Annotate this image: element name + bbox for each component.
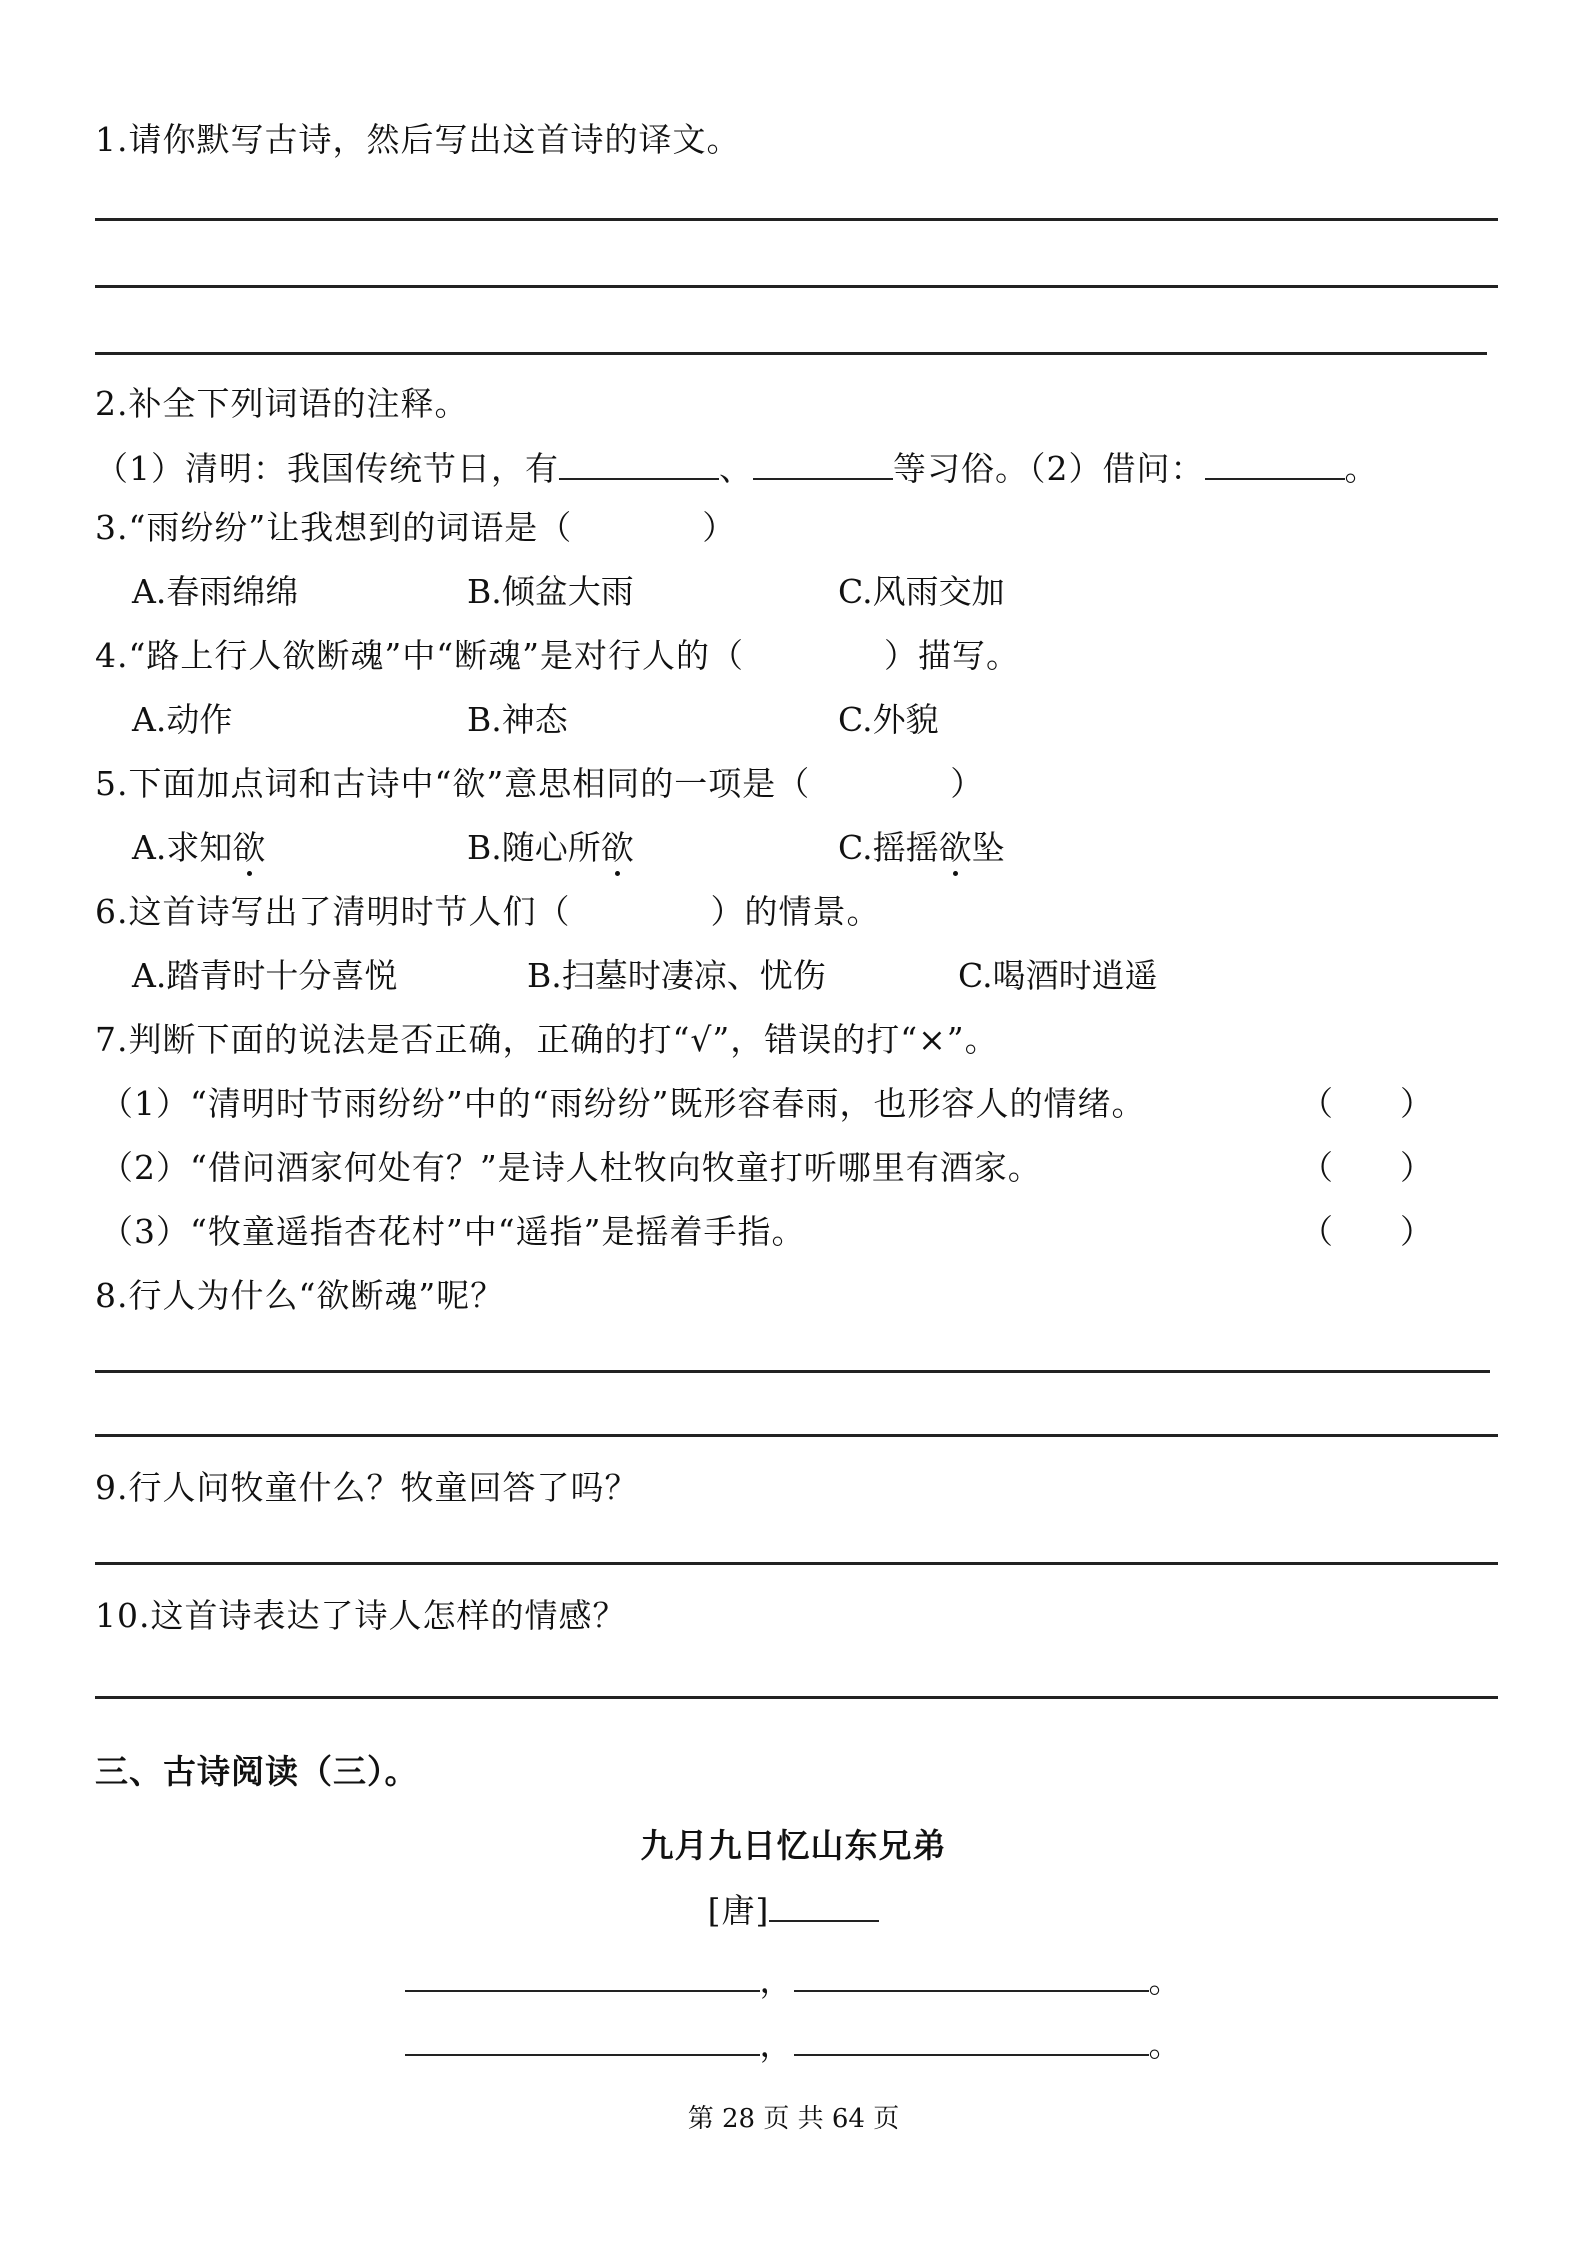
option-a[interactable]: A.求知欲 <box>132 828 265 868</box>
question-text: 5.下面加点词和古诗中“欲”意思相同的一项是（ <box>95 764 810 803</box>
judge-item-1: （1）“清明时节雨纷纷”中的“雨纷纷”既形容春雨，也形容人的情绪。 <box>100 1084 1145 1124</box>
option-b[interactable]: B.神态 <box>467 700 568 740</box>
question-10: 10.这首诗表达了诗人怎样的情感？ <box>95 1596 626 1636</box>
option-text: B.随心所 <box>467 828 601 867</box>
answer-line[interactable] <box>95 218 1498 221</box>
fill-blank[interactable] <box>753 448 893 480</box>
fill-text: 。 <box>1345 449 1379 488</box>
question-6: 6.这首诗写出了清明时节人们（）的情景。 <box>95 892 881 932</box>
question-5: 5.下面加点词和古诗中“欲”意思相同的一项是（） <box>95 764 984 804</box>
judge-paren-open[interactable]: （ <box>1300 1084 1334 1124</box>
judge-item-2: （2）“借问酒家何处有？”是诗人杜牧向牧童打听哪里有酒家。 <box>100 1148 1042 1188</box>
question-text: ）描写。 <box>884 636 1020 675</box>
judge-paren-open[interactable]: （ <box>1300 1148 1334 1188</box>
option-text: A.求知 <box>132 828 232 867</box>
option-a[interactable]: A.踏青时十分喜悦 <box>132 956 397 996</box>
judge-paren-close: ） <box>1400 1148 1434 1188</box>
question-text: ）的情景。 <box>711 892 881 931</box>
poem-blank[interactable] <box>794 2024 1149 2056</box>
dotted-char: 欲 <box>232 828 265 868</box>
page-number: 第 28 页 共 64 页 <box>0 2098 1587 2135</box>
fill-text: 、 <box>719 449 753 488</box>
judge-item-3: （3）“牧童遥指杏花村”中“遥指”是摇着手指。 <box>100 1212 805 1252</box>
question-text: ） <box>950 764 984 803</box>
poem-blank[interactable] <box>405 2024 760 2056</box>
fill-blank[interactable] <box>559 448 719 480</box>
answer-line[interactable] <box>95 352 1487 355</box>
option-c[interactable]: C.喝酒时逍遥 <box>958 956 1158 996</box>
poem-blank[interactable] <box>405 1960 760 1992</box>
poem-line-2: ，。 <box>0 2024 1587 2065</box>
option-c[interactable]: C.摇摇欲坠 <box>838 828 1005 868</box>
question-text: ） <box>702 508 736 547</box>
dynasty-label: [唐] <box>708 1891 770 1930</box>
poem-author-line: [唐] <box>0 1890 1587 1931</box>
judge-paren-open[interactable]: （ <box>1300 1212 1334 1252</box>
question-4: 4.“路上行人欲断魂”中“断魂”是对行人的（）描写。 <box>95 636 1020 676</box>
option-text: C.摇摇 <box>838 828 939 867</box>
section-heading: 三、古诗阅读（三）。 <box>95 1752 419 1792</box>
question-3: 3.“雨纷纷”让我想到的词语是（） <box>95 508 736 548</box>
option-b[interactable]: B.随心所欲 <box>467 828 634 868</box>
poem-line-1: ，。 <box>0 1960 1587 2001</box>
answer-line[interactable] <box>95 1370 1490 1373</box>
question-text: 6.这首诗写出了清明时节人们（ <box>95 892 571 931</box>
punctuation: 。 <box>1149 1961 1183 2000</box>
fill-text: 等习俗。（2）借问： <box>893 449 1205 488</box>
option-text: 坠 <box>972 828 1005 867</box>
option-b[interactable]: B.倾盆大雨 <box>467 572 634 612</box>
question-9: 9.行人问牧童什么？牧童回答了吗？ <box>95 1468 639 1508</box>
fill-blank[interactable] <box>1205 448 1345 480</box>
question-8: 8.行人为什么“欲断魂”呢？ <box>95 1276 504 1316</box>
answer-line[interactable] <box>95 1562 1498 1565</box>
answer-line[interactable] <box>95 1696 1498 1699</box>
fill-text: （1）清明：我国传统节日，有 <box>95 449 559 488</box>
punctuation: 。 <box>1149 2025 1183 2064</box>
answer-line[interactable] <box>95 285 1498 288</box>
answer-line[interactable] <box>95 1434 1498 1437</box>
dotted-char: 欲 <box>939 828 972 868</box>
dotted-char: 欲 <box>601 828 634 868</box>
option-b[interactable]: B.扫墓时凄凉、忧伤 <box>527 956 826 996</box>
punctuation: ， <box>760 1961 794 2000</box>
author-blank[interactable] <box>769 1890 879 1922</box>
option-c[interactable]: C.外貌 <box>838 700 939 740</box>
question-text: 3.“雨纷纷”让我想到的词语是（ <box>95 508 572 547</box>
poem-title: 九月九日忆山东兄弟 <box>0 1826 1587 1866</box>
question-2: 2.补全下列词语的注释。 <box>95 384 469 424</box>
question-1: 1.请你默写古诗，然后写出这首诗的译文。 <box>95 120 741 160</box>
option-a[interactable]: A.春雨绵绵 <box>132 572 298 612</box>
option-c[interactable]: C.风雨交加 <box>838 572 1005 612</box>
question-7: 7.判断下面的说法是否正确，正确的打“√”，错误的打“×”。 <box>95 1020 999 1060</box>
judge-paren-close: ） <box>1400 1084 1434 1124</box>
punctuation: ， <box>760 2025 794 2064</box>
poem-blank[interactable] <box>794 1960 1149 1992</box>
option-a[interactable]: A.动作 <box>132 700 232 740</box>
question-text: 4.“路上行人欲断魂”中“断魂”是对行人的（ <box>95 636 744 675</box>
question-2-fill-line: （1）清明：我国传统节日，有、等习俗。（2）借问：。 <box>95 448 1379 489</box>
judge-paren-close: ） <box>1400 1212 1434 1252</box>
